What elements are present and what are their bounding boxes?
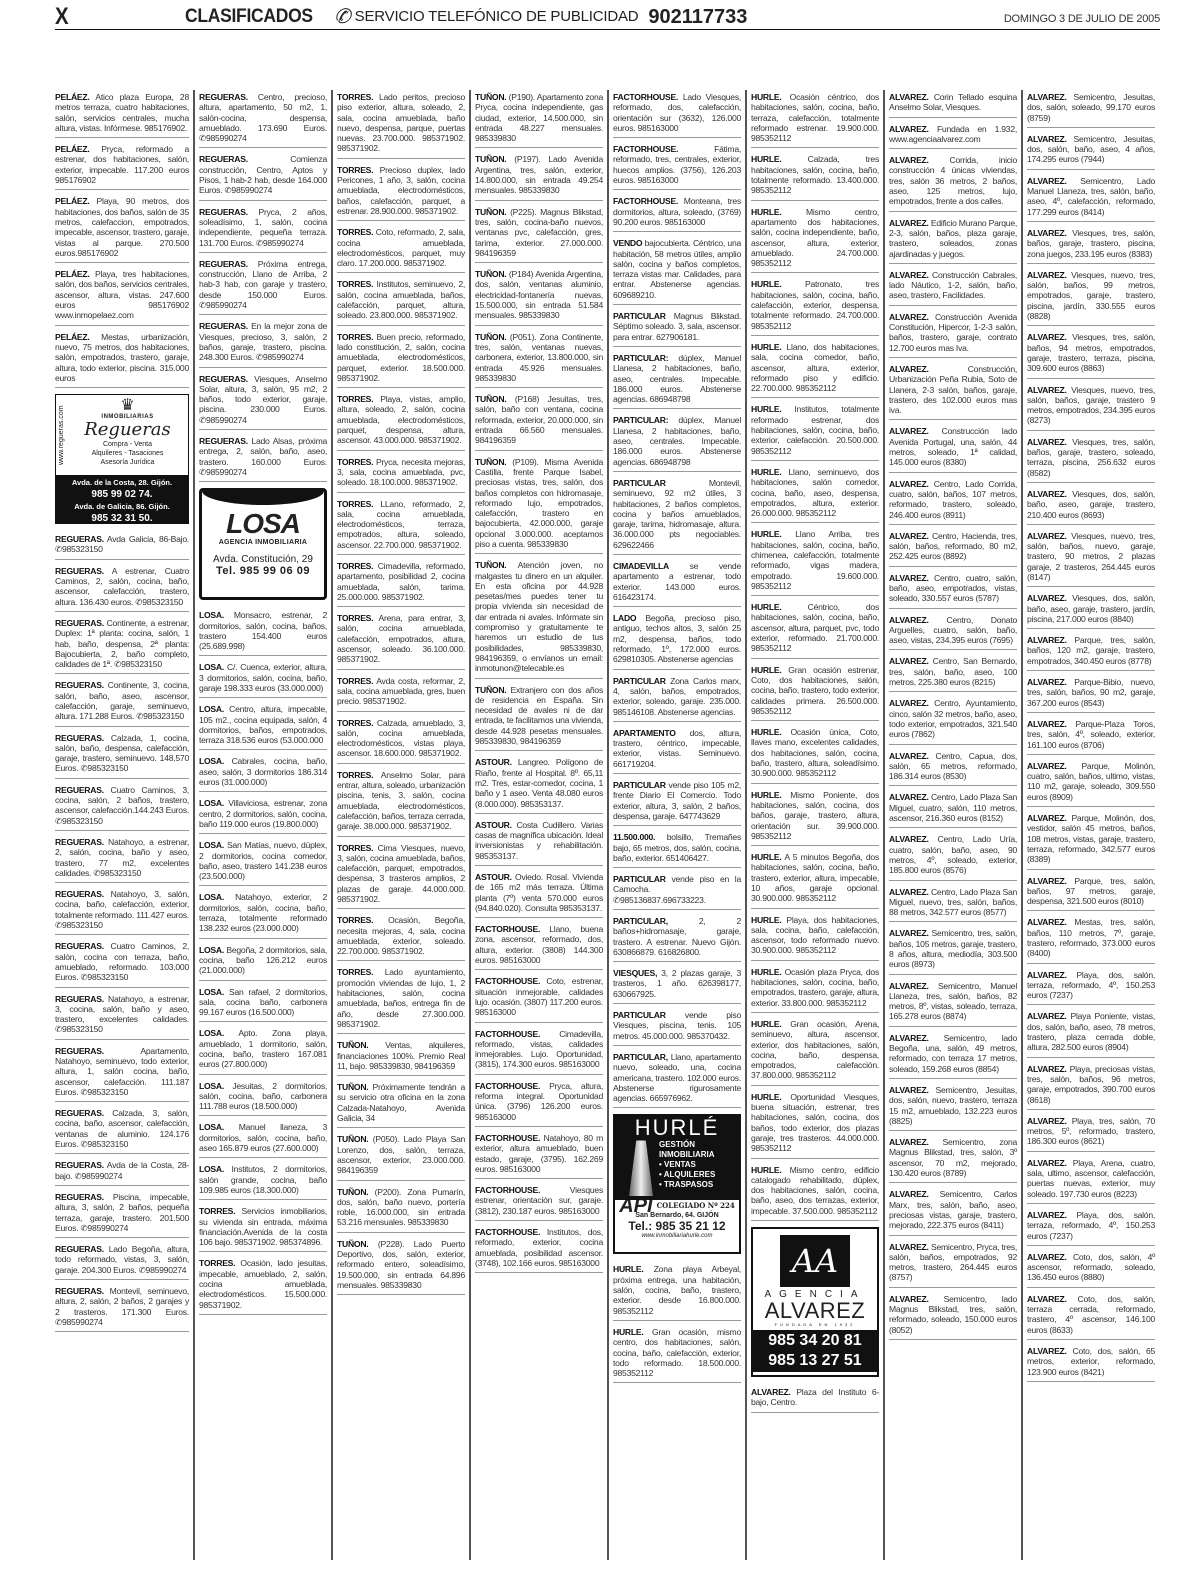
advertiser-name: HURLE.: [751, 915, 782, 925]
ad-text: Montevil, seminuevo, 92 m2 útiles, 3 hab…: [613, 478, 741, 550]
classified-ad: ALVAREZ. Semicentro, lado Begoña, una, s…: [889, 1031, 1017, 1079]
advertiser-name: ALVAREZ.: [889, 155, 929, 165]
classified-ad: PARTICULAR Montevil, seminuevo, 92 m2 út…: [613, 476, 741, 555]
classified-ad: REGUERAS. Continente, a estrenar, Duplex…: [55, 616, 189, 674]
classified-ad: TUÑON. (P184) Avenida Argentina, dos, sa…: [475, 267, 603, 325]
advertiser-name: PELÁEZ.: [55, 269, 90, 279]
advertiser-name: HURLE.: [751, 207, 782, 217]
regueras-services-2: Alquileres - Tasaciones: [67, 449, 188, 458]
classified-ad: REGUERAS. Calzada, 1, cocina, salón, bañ…: [55, 731, 189, 779]
ad-text: Atención joven, no malgastes tu dinero e…: [475, 560, 603, 673]
advertiser-name: ALVAREZ.: [1027, 92, 1067, 102]
classified-ad: FACTORHOUSE. Pryca, altura, reforma inte…: [475, 1079, 603, 1127]
advertiser-name: HURLE.: [751, 967, 782, 977]
classified-ad: FACTORHOUSE. Llano, buena zona, ascensor…: [475, 922, 603, 970]
advertiser-name: REGUERAS.: [199, 154, 248, 164]
classified-ad: ALVAREZ. Viesques, tres, salón, baños, g…: [1027, 226, 1155, 264]
classified-ad: PARTICULAR, Llano, apartamento nuevo, so…: [613, 1050, 741, 1108]
classified-ad: TUÑON. (P228). Lado Puerto Deportivo, do…: [337, 1237, 465, 1295]
advertiser-name: LOSA.: [199, 945, 224, 955]
classified-ad: REGUERAS. Centro, precioso, altura, apar…: [199, 90, 327, 148]
classified-ad: ALVAREZ. Edificio Murano Parque, 2-3, sa…: [889, 216, 1017, 264]
classified-ad: PELÁEZ. Atico plaza Europa, 28 metros te…: [55, 90, 189, 138]
classified-ad: TORRES. Cima Viesques, nuevo, 3, salón, …: [337, 841, 465, 910]
classified-ad: TORRES. Servicios inmobiliarios, su vivi…: [199, 1204, 327, 1252]
classified-ad: ALVAREZ. Coto, dos, salón, 65 metros, ex…: [1027, 1344, 1155, 1382]
classified-ad: HURLE. Patronato, tres habitaciones, sal…: [751, 277, 879, 335]
advertiser-name: HURLE.: [751, 154, 782, 164]
advertiser-name: ALVAREZ.: [1027, 531, 1067, 541]
advertiser-name: REGUERAS.: [55, 785, 104, 795]
regueras-services-3: Asesoría Jurídica: [67, 458, 188, 467]
classified-ad: HURLE. Zona playa Arbeyal, próxima entre…: [613, 1262, 741, 1320]
advertiser-name: TORRES.: [337, 332, 373, 342]
classified-ad: HURLE. Mismo centro, apartamento dos hab…: [751, 205, 879, 274]
classified-ad: TUÑON. (P050). Lado Playa San Lorenzo, d…: [337, 1132, 465, 1180]
building-cone-icon: [629, 1140, 653, 1196]
classified-ad: TORRES. Ocasión, Begoña, necesita mejora…: [337, 913, 465, 961]
advertiser-name: ALVAREZ.: [1027, 385, 1067, 395]
classified-column-2: REGUERAS. Centro, precioso, altura, apar…: [193, 90, 331, 1560]
advertiser-name: PARTICULAR:: [613, 353, 668, 363]
advertiser-name: TUÑON.: [475, 457, 506, 467]
classified-ad: TUÑON. (P190). Apartamento zona Pryca, c…: [475, 90, 603, 148]
classified-ad: REGUERAS. Calzada, 3, salón, cocina, bañ…: [55, 1106, 189, 1154]
service-phone-number: 902117733: [648, 5, 747, 29]
advertiser-name: ALVAREZ.: [889, 124, 929, 134]
classified-ad: CIMADEVILLA se vende apartamento a estre…: [613, 559, 741, 607]
advertiser-name: LOSA.: [199, 610, 224, 620]
advertiser-name: TUÑON.: [475, 332, 506, 342]
classified-ad: ALVAREZ. Coto, dos, salón, terraza cerra…: [1027, 1292, 1155, 1340]
advertiser-name: REGUERAS.: [55, 733, 104, 743]
advertiser-name: ALVAREZ.: [889, 426, 929, 436]
classified-ad: HURLE. Oportunidad Viesques, buena situa…: [751, 1090, 879, 1159]
advertiser-name: ALVAREZ.: [889, 751, 929, 761]
classified-ad: ALVAREZ. Playa Poniente, vistas, dos, sa…: [1027, 1009, 1155, 1057]
classified-ad: VENDO bajocubierta. Céntrico, una habita…: [613, 236, 741, 305]
classified-ad: REGUERAS. Natahoyo, a estrenar, 3, cocin…: [55, 992, 189, 1040]
classified-column-6: HURLE. Ocasión céntrico, dos habitacione…: [745, 90, 883, 1560]
classified-ad: HURLE. Ocasión céntrico, dos habitacione…: [751, 90, 879, 148]
classified-ad: REGUERAS. Cuatro Caminos, 2, salón, coci…: [55, 939, 189, 987]
classified-ad: PELÁEZ. Playa, 90 metros, dos habitacion…: [55, 194, 189, 263]
classified-ad: LOSA. C/. Cuenca, exterior, altura, 3 do…: [199, 660, 327, 698]
advertiser-name: TORRES.: [337, 843, 373, 853]
classified-ad: HURLE. Céntrico, dos habitaciones, salón…: [751, 600, 879, 658]
classified-ad: ALVAREZ. Semicentro, tres, salón, baños,…: [889, 926, 1017, 974]
classified-ad: REGUERAS. Apartamento, Natahoyo, seminue…: [55, 1044, 189, 1102]
advertiser-name: FACTORHOUSE.: [475, 1227, 540, 1237]
advertiser-name: PARTICULAR: [613, 1010, 666, 1020]
advertiser-name: TUÑON.: [475, 685, 506, 695]
advertiser-name: TUÑON.: [475, 560, 506, 570]
alvarez-display-ad: AA AGENCIA ALVAREZ FUNDADA EN 1932 985 3…: [751, 1227, 879, 1377]
advertiser-name: ALVAREZ.: [889, 573, 929, 583]
classified-ad: PARTICULAR vende piso en la Camocha. ✆98…: [613, 872, 741, 910]
classified-ad: LOSA. San rafael, 2 dormitorios, sala, c…: [199, 985, 327, 1023]
classified-ad: HURLE. Mismo centro, edificio catalogado…: [751, 1163, 879, 1221]
advertiser-name: ALVAREZ.: [1027, 270, 1067, 280]
advertiser-name: FACTORHOUSE.: [475, 1133, 540, 1143]
classified-column-4: TUÑON. (P190). Apartamento zona Pryca, c…: [469, 90, 607, 1560]
classified-ad: REGUERAS. Continente, 3, cocina, salón, …: [55, 678, 189, 726]
classified-ad: TORRES. Lado peritos, precioso piso exte…: [337, 90, 465, 159]
regueras-phone-1: 985 99 02 74.: [58, 489, 186, 501]
advertiser-name: TORRES.: [199, 1258, 235, 1268]
classified-ad: LOSA. Jesuitas, 2 dormitorios, salón, co…: [199, 1079, 327, 1117]
classified-ad: TORRES. Anselmo Solar, para entrar, altu…: [337, 768, 465, 837]
regueras-address-2: Avda. de Galicia, 86. Gijón.: [58, 501, 186, 513]
advertiser-name: LOSA.: [199, 704, 224, 714]
classified-ad: FACTORHOUSE. Coto, estrenar, situación i…: [475, 974, 603, 1022]
advertiser-name: TORRES.: [337, 718, 373, 728]
classified-ad: TUÑON. (P197). Lado Avenida Argentina, t…: [475, 152, 603, 200]
advertiser-name: ALVAREZ.: [751, 1387, 791, 1397]
regueras-url: www.regueras.com: [56, 395, 67, 475]
advertiser-name: PARTICULAR,: [613, 916, 668, 926]
classified-ad: REGUERAS. En la mejor zona de Viesques, …: [199, 319, 327, 367]
classified-ad: TUÑON. Próximamente tendrán a su servici…: [337, 1080, 465, 1128]
advertiser-name: ALVAREZ.: [1027, 876, 1067, 886]
advertiser-name: FACTORHOUSE.: [475, 924, 540, 934]
losa-phone: Tel. 985 99 06 09: [202, 565, 324, 577]
classified-ad: FACTORHOUSE. Institutos, dos, reformado,…: [475, 1225, 603, 1273]
classified-ad: TORRES. Arena, para entrar, 3, salón, co…: [337, 611, 465, 669]
classified-ad: PARTICULAR: dúplex, Manuel Llanesa, 2 ha…: [613, 413, 741, 471]
classified-ad: ALVAREZ. Semicentro, Pryca, tres, salón,…: [889, 1240, 1017, 1288]
classified-ad: REGUERAS. Avda de la Costa, 28-bajo. ✆98…: [55, 1158, 189, 1186]
advertiser-name: ASTOUR.: [475, 757, 512, 767]
classified-column-1: PELÁEZ. Atico plaza Europa, 28 metros te…: [55, 90, 193, 1560]
api-colegiado: COLEGIADO Nº 224: [657, 1201, 735, 1211]
classified-ad: 11.500.000. bolsillo, Tremañes bajo, 65 …: [613, 830, 741, 868]
advertiser-name: REGUERAS.: [55, 889, 104, 899]
advertiser-name: ALVAREZ.: [1027, 1011, 1067, 1021]
advertiser-name: HURLE.: [751, 1165, 782, 1175]
classified-ad: LOSA. Villaviciosa, estrenar, zona centr…: [199, 796, 327, 834]
advertiser-name: ALVAREZ.: [1027, 917, 1067, 927]
advertiser-name: FACTORHOUSE.: [613, 144, 678, 154]
advertiser-name: TORRES.: [337, 227, 373, 237]
classified-ad: HURLE. Gran ocasión, Arena, seminuevo, a…: [751, 1017, 879, 1086]
losa-logo: LOSA: [202, 509, 324, 539]
classified-ad: TORRES. Pryca, necesita mejoras, 3, sala…: [337, 455, 465, 493]
classified-ad: TORRES. Calzada, amueblado, 3, salón, co…: [337, 716, 465, 764]
classified-ad: PELÁEZ. Playa, tres habitaciones, salón,…: [55, 267, 189, 325]
classified-ad: REGUERAS. Próxima entrega, construcción,…: [199, 257, 327, 315]
classified-ad: REGUERAS. Lado Alsas, próxima entrega, 2…: [199, 434, 327, 482]
advertiser-name: PARTICULAR: [613, 676, 666, 686]
advertiser-name: LOSA.: [199, 756, 224, 766]
classified-ad: ALVAREZ. Parque, tres, salón, baños, 120…: [1027, 633, 1155, 671]
classified-ad: TORRES. Lado ayuntamiento, promoción viv…: [337, 965, 465, 1034]
classified-ad: TORRES. Cimadevilla, reformado, apartame…: [337, 559, 465, 607]
advertiser-name: ALVAREZ.: [1027, 134, 1067, 144]
classified-ad: REGUERAS. Viesques, Anselmo Solar, altur…: [199, 372, 327, 430]
classified-column-5: FACTORHOUSE. Lado Viesques, reformado, d…: [607, 90, 745, 1560]
advertiser-name: ALVAREZ.: [1027, 332, 1067, 342]
classified-ad: REGUERAS. Pryca, 2 años, soleadísimo, 1,…: [199, 205, 327, 253]
advertiser-name: REGUERAS.: [55, 941, 104, 951]
advertiser-name: TUÑON.: [475, 394, 506, 404]
classified-ad: FACTORHOUSE. Lado Viesques, reformado, d…: [613, 90, 741, 138]
classified-ad: LOSA. Manuel llaneza, 3 dormitorios, sal…: [199, 1120, 327, 1158]
classified-ad: REGUERAS. Natahoyo, a estrenar, 2, salón…: [55, 835, 189, 883]
classified-ad: TUÑON. Extranjero con dos años de reside…: [475, 683, 603, 752]
advertiser-name: REGUERAS.: [55, 1286, 104, 1296]
classified-ad: ALVAREZ. Construcción Cabrales, lado Náu…: [889, 268, 1017, 306]
page-section-letter: X: [55, 5, 166, 29]
advertiser-name: ALVAREZ.: [1027, 437, 1067, 447]
classified-ad: REGUERAS. A estrenar, Cuatro Caminos, 2,…: [55, 564, 189, 612]
classified-ad: HURLE. Playa, dos habitaciones, sala, co…: [751, 913, 879, 961]
advertiser-name: LADO: [613, 613, 636, 623]
advertiser-name: ASTOUR.: [475, 872, 512, 882]
classified-ad: FACTORHOUSE. Fátima, reformado, tres, ce…: [613, 142, 741, 190]
advertiser-name: ALVAREZ.: [1027, 1346, 1067, 1356]
advertiser-name: PARTICULAR: [613, 780, 666, 790]
classified-ad: ASTOUR. Costa Cudillero. Varias casas de…: [475, 818, 603, 866]
classified-ad: REGUERAS. Comienza construcción, Centro,…: [199, 152, 327, 200]
advertiser-name: FACTORHOUSE.: [475, 976, 540, 986]
classified-ad: HURLE. Mismo Poniente, dos habitaciones,…: [751, 788, 879, 846]
classified-ad: ALVAREZ. Parque, tres, salón, baños, 97 …: [1027, 874, 1155, 912]
classified-ad: ALVAREZ. Semicentro, Lado Manuel Llaneza…: [1027, 174, 1155, 222]
advertiser-name: REGUERAS.: [55, 994, 104, 1004]
advertiser-name: ALVAREZ.: [889, 981, 929, 991]
classified-ad: ALVAREZ. Centro, Lado Plaza San Miguel, …: [889, 790, 1017, 828]
advertiser-name: HURLE.: [751, 404, 782, 414]
advertiser-name: REGUERAS.: [55, 566, 104, 576]
classifieds-columns: PELÁEZ. Atico plaza Europa, 28 metros te…: [55, 90, 1160, 1560]
advertiser-name: PARTICULAR: [613, 874, 666, 884]
ad-text: (P109). Misma Avenida Castilla, frente P…: [475, 457, 603, 549]
advertiser-name: REGUERAS.: [55, 1244, 104, 1254]
classified-ad: ALVAREZ. Parque, Molinón, cuatro, salón,…: [1027, 759, 1155, 807]
classified-ad: ALVAREZ. Playa, dos, salón, terraza, ref…: [1027, 1208, 1155, 1246]
classified-ad: ALVAREZ. Corrida, inicio construcción 4 …: [889, 153, 1017, 211]
advertiser-name: HURLE.: [751, 467, 782, 477]
classified-ad: ALVAREZ. Playa, preciosas vistas, tres, …: [1027, 1062, 1155, 1110]
classified-ad: TUÑON. (P200). Zona Pumarín, dos, salón,…: [337, 1185, 465, 1233]
alvarez-monogram-logo: AA: [780, 1235, 850, 1287]
classified-ad: LOSA. Natahoyo, exterior, 2 dormitorios,…: [199, 890, 327, 938]
advertiser-name: HURLE.: [751, 92, 782, 102]
classified-ad: PARTICULAR, 2, 2 baños+hidromasaje, gara…: [613, 914, 741, 962]
classified-ad: REGUERAS. Cuatro Caminos, 3, cocina, sal…: [55, 783, 189, 831]
classified-ad: HURLE. Calzada, tres habitaciones, salón…: [751, 152, 879, 200]
advertiser-name: TUÑON.: [337, 1082, 368, 1092]
classified-ad: PARTICULAR vende piso Viesques, piscina,…: [613, 1008, 741, 1046]
classified-ad: HURLE. Institutos, totalmente reformado …: [751, 402, 879, 460]
classified-ad: TUÑON. (P225). Magnus Blikstad, tres, sa…: [475, 205, 603, 263]
classified-ad: HURLE. Gran ocasión estrenar, Coto, dos …: [751, 663, 879, 721]
advertiser-name: FACTORHOUSE.: [613, 92, 678, 102]
advertiser-name: ALVAREZ.: [889, 218, 929, 228]
classified-ad: HURLE. Llano, seminuevo, dos habitacione…: [751, 465, 879, 523]
classified-ad: ASTOUR. Langreo. Polígono de Riaño, fren…: [475, 755, 603, 813]
classified-ad: REGUERAS. Piscina, impecable, altura, 3,…: [55, 1190, 189, 1238]
advertiser-name: ALVAREZ.: [889, 792, 929, 802]
classified-ad: ALVAREZ. Viesques, nuevo, tres, salón, b…: [1027, 383, 1155, 431]
advertiser-name: PARTICULAR: [613, 478, 666, 488]
advertiser-name: REGUERAS.: [199, 321, 248, 331]
advertiser-name: ALVAREZ.: [889, 698, 929, 708]
classified-ad: ALVAREZ. Viesques, tres, salón, baños, g…: [1027, 435, 1155, 483]
classified-ad: ASTOUR. Oviedo. Rosal. Vivienda de 165 m…: [475, 870, 603, 918]
classified-ad: TUÑON. Atención joven, no malgastes tu d…: [475, 558, 603, 678]
regueras-services-1: Compra - Venta: [67, 440, 188, 449]
classified-ad: ALVAREZ. Centro, Lado Plaza San Miguel, …: [889, 885, 1017, 923]
service-label: SERVICIO TELEFÓNICO DE PUBLICIDAD: [355, 5, 639, 29]
classified-ad: ALVAREZ. Semicentro, Manuel Llaneza, tre…: [889, 979, 1017, 1027]
advertiser-name: LOSA.: [199, 892, 224, 902]
classified-ad: ALVAREZ. Playa, tres, salón, 70 metros, …: [1027, 1114, 1155, 1152]
classified-ad: ALVAREZ. Viesques, tres, salón, baños, 9…: [1027, 330, 1155, 378]
advertiser-name: HURLE.: [751, 790, 782, 800]
advertiser-name: ALVAREZ.: [1027, 228, 1067, 238]
advertiser-name: HURLE.: [613, 1264, 644, 1274]
hurle-gestion: GESTIÓN: [659, 1140, 715, 1150]
classified-ad: APARTAMENTO dos, altura, trastero, céntr…: [613, 726, 741, 774]
advertiser-name: FACTORHOUSE.: [613, 196, 678, 206]
advertiser-name: PELÁEZ.: [55, 196, 90, 206]
advertiser-name: 11.500.000.: [613, 832, 655, 842]
advertiser-name: REGUERAS.: [55, 618, 104, 628]
classified-ad: TORRES. Playa, vistas, amplio, altura, s…: [337, 392, 465, 450]
advertiser-name: ALVAREZ.: [889, 1137, 929, 1147]
advertiser-name: HURLE.: [751, 342, 782, 352]
classified-column-3: TORRES. Lado peritos, precioso piso exte…: [331, 90, 469, 1560]
page-header: X CLASIFICADOS ✆ SERVICIO TELEFÓNICO DE …: [55, 6, 1160, 30]
classified-ad: TORRES. Coto, reformado, 2, sala, cocina…: [337, 225, 465, 273]
classified-ad: PARTICULAR Magnus Blikstad. Séptimo sole…: [613, 309, 741, 347]
advertiser-name: ALVAREZ.: [1027, 593, 1067, 603]
advertiser-name: ALVAREZ.: [889, 92, 929, 102]
classified-ad: ALVAREZ. Parque-Plaza Toros, tres, salón…: [1027, 717, 1155, 755]
classified-ad: REGUERAS. Avda Galicia, 86-Bajo. ✆985323…: [55, 532, 189, 560]
advertiser-name: FACTORHOUSE.: [475, 1029, 540, 1039]
advertiser-name: ALVAREZ.: [1027, 761, 1067, 771]
classified-ad: ALVAREZ. Semicentro, Jesuitas, dos, saló…: [1027, 90, 1155, 128]
classified-ad: ALVAREZ. Centro, San Bernardo, tres, sal…: [889, 654, 1017, 692]
advertiser-name: TORRES.: [337, 770, 373, 780]
advertiser-name: TUÑON.: [337, 1187, 368, 1197]
hurle-item-traspasos: • TRASPASOS: [659, 1180, 715, 1190]
advertiser-name: ALVAREZ.: [889, 270, 929, 280]
advertiser-name: ALVAREZ.: [889, 531, 929, 541]
classified-ad: HURLE. A 5 minutos Begoña, dos habitacio…: [751, 850, 879, 908]
advertiser-name: REGUERAS.: [199, 92, 248, 102]
advertiser-name: REGUERAS.: [55, 1108, 104, 1118]
hurle-display-ad: HURLÉ GESTIÓN INMOBILIARIA • VENTAS • AL…: [613, 1114, 741, 1254]
advertiser-name: TORRES.: [337, 561, 373, 571]
advertiser-name: ALVAREZ.: [1027, 1210, 1067, 1220]
advertiser-name: ALVAREZ.: [889, 1085, 929, 1095]
classified-ad: ALVAREZ. Fundada en 1.932, www.agenciaal…: [889, 122, 1017, 150]
classified-ad: ALVAREZ. Viesques, nuevo, tres, salón, b…: [1027, 268, 1155, 326]
advertiser-name: REGUERAS.: [55, 837, 104, 847]
hurle-logo: HURLÉ: [615, 1116, 739, 1140]
advertiser-name: PARTICULAR,: [613, 1052, 668, 1062]
advertiser-name: LOSA.: [199, 987, 224, 997]
classified-ad: ALVAREZ. Centro, Lado Corrida, cuatro, s…: [889, 477, 1017, 525]
advertiser-name: TUÑON.: [337, 1040, 368, 1050]
hurle-phone: Tel.: 985 35 21 12: [616, 1221, 738, 1231]
advertiser-name: REGUERAS.: [55, 534, 104, 544]
advertiser-name: TORRES.: [337, 613, 373, 623]
advertiser-name: TORRES.: [337, 915, 373, 925]
classified-ad: ALVAREZ. Centro, Capua, dos, salón, 65 m…: [889, 749, 1017, 787]
advertiser-name: REGUERAS.: [55, 1046, 104, 1056]
advertiser-name: TORRES.: [337, 967, 373, 977]
classified-ad: REGUERAS. Lado Begoña, altura, todo refo…: [55, 1242, 189, 1280]
advertiser-name: TUÑON.: [475, 92, 506, 102]
classified-ad: HURLE. Ocasión plaza Pryca, dos habitaci…: [751, 965, 879, 1013]
advertiser-name: ALVAREZ.: [889, 1189, 929, 1199]
advertiser-name: HURLE.: [751, 1019, 782, 1029]
classified-ad: LADO Begoña, precioso piso, antiguo, tec…: [613, 611, 741, 669]
classified-ad: LOSA. San Matías, nuevo, dúplex, 2 dormi…: [199, 838, 327, 886]
advertiser-name: TORRES.: [337, 457, 373, 467]
classified-ad: ALVAREZ. Semicentro, zona Magnus Bliksta…: [889, 1135, 1017, 1183]
advertiser-name: LOSA.: [199, 798, 224, 808]
classified-ad: ALVAREZ. Centro, Hacienda, tres, salón, …: [889, 529, 1017, 567]
advertiser-name: TORRES.: [199, 1206, 235, 1216]
advertiser-name: ALVAREZ.: [1027, 970, 1067, 980]
classified-ad: FACTORHOUSE. Viesques estrenar, orientac…: [475, 1183, 603, 1221]
hurle-item-ventas: • VENTAS: [659, 1160, 715, 1170]
advertiser-name: TORRES.: [337, 499, 373, 509]
classified-ad: ALVAREZ. Centro, Ayuntamiento, cinco, sa…: [889, 696, 1017, 744]
classified-ad: ALVAREZ. Parque, Molinón, dos, vestidor,…: [1027, 811, 1155, 869]
classified-ad: TORRES. LLano, reformado, 2, sala, cocin…: [337, 497, 465, 555]
classified-ad: FACTORHOUSE. Cimadevilla, reformado, vis…: [475, 1027, 603, 1075]
advertiser-name: ALVAREZ.: [1027, 1116, 1067, 1126]
advertiser-name: HURLE.: [751, 529, 782, 539]
advertiser-name: ALVAREZ.: [889, 312, 929, 322]
advertiser-name: HURLE.: [751, 1092, 782, 1102]
classified-ad: TUÑON. (P109). Misma Avenida Castilla, f…: [475, 455, 603, 555]
advertiser-name: TUÑON.: [475, 269, 506, 279]
classified-ad: TORRES. Institutos, seminuevo, 2, salón,…: [337, 277, 465, 325]
crown-icon: ♛: [67, 398, 188, 414]
classified-ad: ALVAREZ. Viesques, nuevo, tres, salón, b…: [1027, 529, 1155, 587]
advertiser-name: TORRES.: [337, 394, 373, 404]
advertiser-name: ALVAREZ.: [889, 928, 929, 938]
classified-ad: HURLE. Llano Arriba, tres habitaciones, …: [751, 527, 879, 596]
advertiser-name: TORRES.: [337, 279, 373, 289]
advertiser-name: TUÑON.: [475, 154, 506, 164]
advertiser-name: PELÁEZ.: [55, 144, 90, 154]
advertiser-name: ALVAREZ.: [1027, 489, 1067, 499]
advertiser-name: REGUERAS.: [199, 259, 248, 269]
classified-ad: PARTICULAR Zona Carlos marx, 4, salón, b…: [613, 674, 741, 722]
advertiser-name: TORRES.: [337, 676, 373, 686]
alvarez-phone-1: 985 34 20 81: [753, 1331, 877, 1351]
classified-ad: ALVAREZ. Mestas, tres, salón, baños, 110…: [1027, 915, 1155, 963]
classified-ad: ALVAREZ. Coto, dos, salón, 4º ascensor, …: [1027, 1250, 1155, 1288]
advertiser-name: HURLE.: [751, 279, 782, 289]
advertiser-name: ASTOUR.: [475, 820, 512, 830]
advertiser-name: LOSA.: [199, 1081, 224, 1091]
classified-ad: ALVAREZ. Centro, Lado Uría, cuatro, saló…: [889, 832, 1017, 880]
classified-ad: LOSA. Institutos, 2 dormitorios, salón g…: [199, 1162, 327, 1200]
advertiser-name: FACTORHOUSE.: [475, 1081, 540, 1091]
telephone-handset-icon: ✆: [334, 5, 351, 29]
advertiser-name: REGUERAS.: [199, 207, 248, 217]
